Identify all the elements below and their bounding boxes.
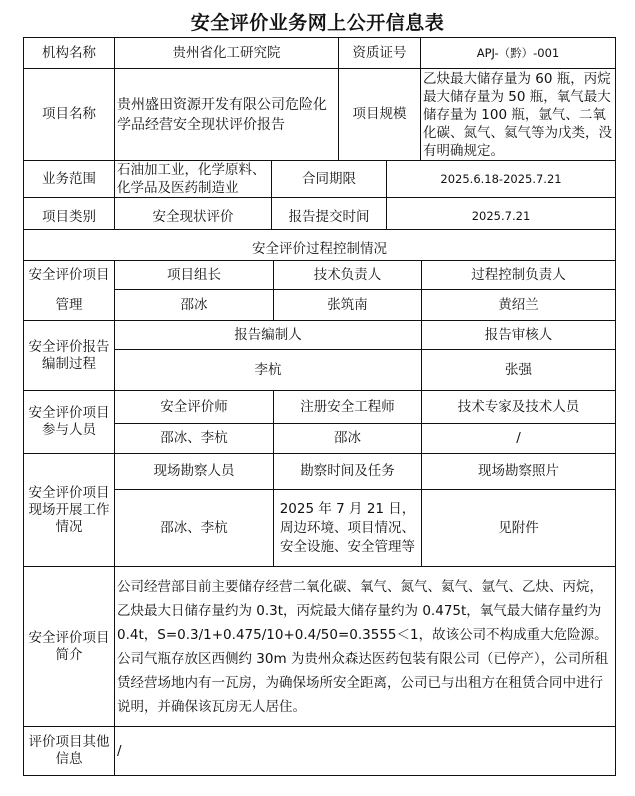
report-header-author: 报告编制人: [114, 320, 422, 350]
onsite-header-staff: 现场勘察人员: [114, 453, 274, 490]
contract-value: 2025.6.18-2025.7.21: [386, 160, 616, 198]
onsite-header-photos: 现场勘察照片: [421, 453, 616, 490]
report-label: 安全评价报告编制过程: [23, 320, 115, 391]
project-name-label: 项目名称: [23, 68, 115, 161]
management-value-tech: 张筑南: [273, 289, 422, 321]
participants-value-engineer: 邵冰: [273, 423, 422, 454]
participants-header-evaluator: 安全评价师: [114, 390, 274, 424]
management-label: 安全评价项目管理: [23, 260, 115, 321]
page-title: 安全评价业务网上公开信息表: [0, 8, 635, 35]
management-value-leader: 邵冰: [114, 289, 274, 321]
scale-label: 项目规模: [338, 68, 421, 161]
summary-text: 公司经营部目前主要储存经营二氧化碳、氧气、氮气、氦气、氩气、乙炔、丙烷，乙炔最大…: [114, 566, 616, 727]
management-value-control: 黄绍兰: [421, 289, 616, 321]
report-header-reviewer: 报告审核人: [421, 320, 616, 350]
onsite-value-time-task: 2025 年 7 月 21 日，周边环境、项目情况、安全设施、安全管理等: [273, 489, 422, 567]
scope-label: 业务范围: [23, 160, 115, 198]
org-name-value: 贵州省化工研究院: [114, 37, 339, 69]
onsite-value-photos: 见附件: [421, 489, 616, 567]
participants-label: 安全评价项目参与人员: [23, 390, 115, 454]
process-section-title: 安全评价过程控制情况: [23, 229, 616, 261]
cert-label: 资质证号: [338, 37, 421, 69]
other-label: 评价项目其他信息: [23, 726, 115, 776]
submit-label: 报告提交时间: [271, 197, 387, 230]
report-value-author: 李杭: [114, 349, 422, 391]
category-value: 安全现状评价: [114, 197, 272, 230]
management-header-control: 过程控制负责人: [421, 260, 616, 290]
participants-value-evaluator: 邵冰、李杭: [114, 423, 274, 454]
submit-value: 2025.7.21: [386, 197, 616, 230]
summary-label: 安全评价项目简介: [23, 566, 115, 727]
participants-header-expert: 技术专家及技术人员: [421, 390, 616, 424]
scale-value: 乙炔最大储存量为 60 瓶，丙烷最大储存量为 50 瓶，氧气最大储存量为 100…: [420, 68, 616, 161]
onsite-label: 安全评价项目现场开展工作情况: [23, 453, 115, 567]
management-header-leader: 项目组长: [114, 260, 274, 290]
participants-value-expert: /: [421, 423, 616, 454]
contract-label: 合同期限: [271, 160, 387, 198]
org-name-label: 机构名称: [23, 37, 115, 69]
project-name-value: 贵州盛田资源开发有限公司危险化学品经营安全现状评价报告: [114, 68, 339, 161]
cert-value: APJ-（黔）-001: [420, 37, 616, 69]
category-label: 项目类别: [23, 197, 115, 230]
report-value-reviewer: 张强: [421, 349, 616, 391]
participants-header-engineer: 注册安全工程师: [273, 390, 422, 424]
other-value: /: [114, 726, 616, 776]
onsite-header-time-task: 勘察时间及任务: [273, 453, 422, 490]
scope-value: 石油加工业，化学原料、化学品及医药制造业: [114, 160, 272, 198]
onsite-value-staff: 邵冰、李杭: [114, 489, 274, 567]
management-header-tech: 技术负责人: [273, 260, 422, 290]
